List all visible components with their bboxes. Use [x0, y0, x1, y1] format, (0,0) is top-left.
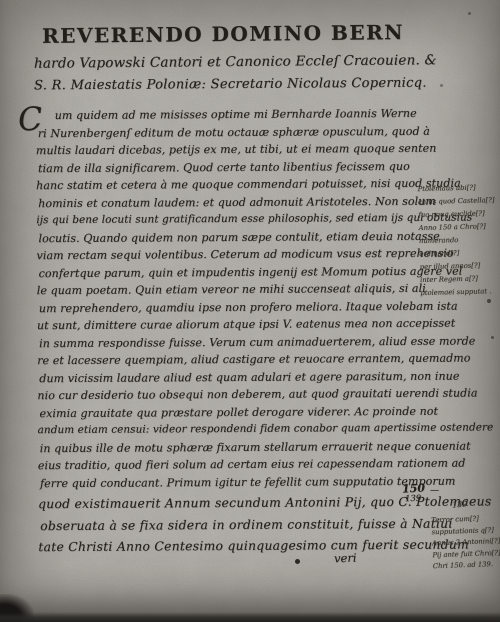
edge-speck — [468, 12, 471, 15]
manuscript-line: tate Christi Anno Centesimo quinquagesim… — [31, 537, 427, 557]
manuscript-page: REVERENDO DOMINO BERN hardo Vapowski Can… — [0, 0, 500, 622]
margin-number-139-side: 139 — [452, 499, 468, 509]
letter-body: um quidem ad me misisses optime mi Bernh… — [29, 105, 428, 557]
manuscript-line: um quidem ad me misisses optime mi Bernh… — [29, 105, 425, 125]
margin-number-139: 139 — [405, 494, 422, 505]
margin-note-line: ptolemaei supputat . — [420, 285, 500, 300]
manuscript-line: obseruata à se fixa sidera in ordinem co… — [31, 515, 427, 535]
edge-speck — [487, 299, 491, 303]
manuscript-line: le quam poetam. Quin etiam vereor ne mih… — [30, 280, 426, 300]
manuscript-line: ut sunt, dimittere curae aliorum atque i… — [30, 315, 426, 335]
margin-note-upper: Ptolemaus ubi[?]chius quod Castella[?]fu… — [417, 181, 500, 300]
manuscript-line: multis laudari dicebas, petijs ex me, ut… — [29, 140, 425, 160]
manuscript-line: viam rectam sequi volentibus. Ceterum ad… — [29, 245, 425, 265]
heading-sender: S. R. Maiestatis Poloniæ: Secretario Nic… — [34, 76, 427, 94]
margin-note-line: chius quod Castella[?] — [418, 194, 498, 209]
manuscript-line: ijs qui bene locuti sunt gratificandum e… — [29, 210, 425, 230]
manuscript-line: nio cur desiderio tuo obsequi non debere… — [30, 385, 426, 405]
margin-note-line: numerando ordinand[?] — [419, 233, 500, 261]
catchword: veri — [334, 551, 357, 566]
page-edge-shadow — [0, 612, 500, 622]
ink-blot — [295, 559, 300, 564]
manuscript-line: re et lacessere quempiam, aliud castigar… — [30, 350, 426, 370]
edge-speck — [491, 336, 494, 339]
margin-dash-mark: — — [430, 486, 439, 496]
heading-addressee-titles: hardo Vapowski Cantori et Canonico Eccle… — [34, 52, 437, 72]
manuscript-line: eius traditio, quod fieri solum ad certa… — [31, 455, 427, 475]
edge-speck — [440, 84, 443, 87]
heading-addressee-caps: REVERENDO DOMINO BERN — [42, 20, 404, 48]
manuscript-line: andum etiam censui: videor respondendi f… — [31, 420, 427, 440]
manuscript-line: hanc statim et cetera à me quoque commen… — [29, 175, 425, 195]
manuscript-line: quod existimauerit Annum secundum Antoni… — [31, 494, 427, 514]
manuscript-line: ferre quid conducant. Primum igitur te f… — [31, 472, 427, 492]
margin-note-line: Chri 150. ad 139. — [433, 559, 500, 573]
margin-note-lower: Terror cum[?]supputationis q[?]Annus 2 A… — [431, 513, 500, 573]
